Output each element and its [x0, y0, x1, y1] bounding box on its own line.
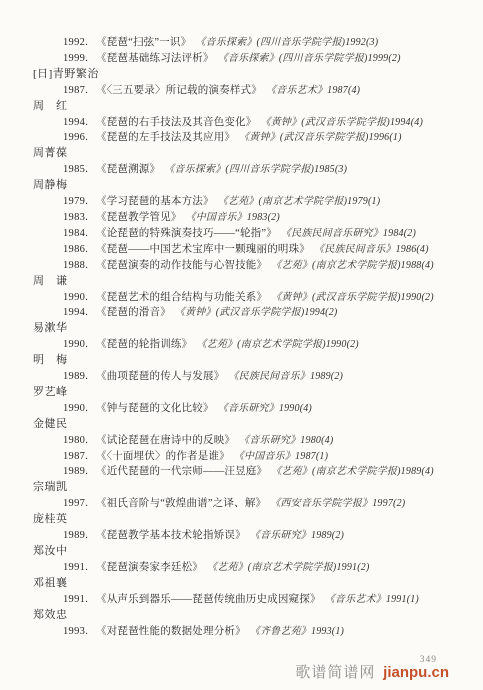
entry-source: 《黄钟》(武汉音乐学院学报)1994(2)	[180, 307, 338, 318]
bibliography-entry: 1990.《钟与琵琶的文化比较》《音乐研究》1990(4)	[0, 401, 483, 417]
entry-source: 《音乐研究》1980(4)	[244, 435, 333, 446]
entry-source: 《音乐探索》(四川音乐学院学报)1992(3)	[200, 37, 378, 48]
bibliography-entry: 1980.《试论琵琶在唐诗中的反映》《音乐研究》1980(4)	[0, 433, 483, 449]
entry-title: 《琵琶教学基本技术轮指矫误》	[96, 530, 246, 541]
author-heading: 郑效忠	[33, 608, 483, 624]
entry-title: 《琵琶基础练习法评析》	[96, 53, 214, 64]
entry-title: 《琵琶的右手技法及其音色变化》	[96, 117, 257, 128]
bibliography-entry: 1990.《琵琶艺术的组合结构与功能关系》《黄钟》(武汉音乐学院学报)1990(…	[0, 290, 483, 306]
entry-title: 《〈十面埋伏〉的作者是谁》	[96, 451, 230, 462]
entry-year: 1989.	[63, 528, 96, 544]
bibliography-entry: 1997.《祖氏音阶与“敦煌曲谱”之译、解》《西安音乐学院学报》1997(2)	[0, 496, 483, 512]
entry-source: 《民族民间音乐研究》1984(2)	[286, 228, 416, 239]
entry-source: 《音乐探索》(四川音乐学院学报)1985(3)	[169, 164, 347, 175]
entry-title: 《祖氏音阶与“敦煌曲谱”之译、解》	[96, 498, 266, 509]
author-heading: 周 红	[33, 99, 483, 115]
entry-title: 《琵琶的滑音》	[96, 307, 171, 318]
bibliography-entry: 1989.《近代琵琶的一代宗师——汪昱庭》《艺苑》(南京艺术学院学报)1989(…	[0, 464, 483, 480]
entry-source: 《黄钟》(武汉音乐学院学报)1990(2)	[276, 292, 434, 303]
bibliography-entry: 1989.《琵琶教学基本技术轮指矫误》《音乐研究》1989(2)	[0, 528, 483, 544]
entry-source: 《音乐研究》1990(4)	[223, 403, 312, 414]
entry-year: 1994.	[63, 115, 96, 131]
bibliography-entry: 1986.《琵琶——中国艺术宝库中一颗瑰丽的明珠》《民族民间音乐》1986(4)	[0, 242, 483, 258]
entry-source: 《艺苑》(南京艺术学院学报)1990(2)	[201, 339, 359, 350]
author-heading: 邓祖襄	[33, 576, 483, 592]
entry-title: 《曲项琵琶的传人与发展》	[96, 371, 224, 382]
bibliography-entry: 1991.《从声乐到器乐——琵琶传统曲历史成因窥探》《音乐艺术》1991(1)	[0, 592, 483, 608]
watermark-site-name: 歌谱简谱网	[295, 664, 375, 681]
entry-year: 1993.	[63, 624, 96, 640]
entry-source: 《黄钟》(武汉音乐学院学报)1996(1)	[244, 132, 402, 143]
entry-title: 《琵琶溯源》	[96, 164, 160, 175]
entry-year: 1989.	[63, 464, 96, 480]
bibliography-entry: 1999.《琵琶基础练习法评析》《音乐探索》(四川音乐学院学报)1999(2)	[0, 51, 483, 67]
bibliography-entry: 1984.《论琵琶的特殊演奏技巧——“轮指”》《民族民间音乐研究》1984(2)	[0, 226, 483, 242]
entry-year: 1991.	[63, 560, 96, 576]
entry-year: 1999.	[63, 51, 96, 67]
entry-title: 《琵琶演奏的动作技能与心智技能》	[96, 260, 267, 271]
entry-year: 1986.	[63, 242, 96, 258]
entry-source: 《中国音乐》1983(2)	[191, 212, 280, 223]
entry-title: 《试论琵琶在唐诗中的反映》	[96, 435, 235, 446]
author-heading: 金健民	[33, 417, 483, 433]
entry-year: 1994.	[63, 305, 96, 321]
entry-year: 1992.	[63, 35, 96, 51]
author-heading: 周 谦	[33, 274, 483, 290]
author-heading: 明 梅	[33, 353, 483, 369]
entry-title: 《近代琵琶的一代宗师——汪昱庭》	[96, 466, 267, 477]
entry-title: 《钟与琵琶的文化比较》	[96, 403, 214, 414]
entry-year: 1996.	[63, 130, 96, 146]
entry-year: 1991.	[63, 592, 96, 608]
entry-year: 1997.	[63, 496, 96, 512]
watermark: 歌谱简谱网 jianpu.cn	[295, 661, 449, 682]
entry-source: 《民族民间音乐》1989(2)	[233, 371, 343, 382]
bibliography-entry: 1983.《琵琶教学管见》《中国音乐》1983(2)	[0, 210, 483, 226]
entry-title: 《琵琶教学管见》	[96, 212, 182, 223]
entry-title: 《〈三五要录〉所记载的演奏样式》	[96, 85, 262, 96]
entry-title: 《琵琶的轮指训练》	[96, 339, 192, 350]
entry-year: 1990.	[63, 290, 96, 306]
bibliography-entry: 1992.《琵琶“扫弦”一识》《音乐探索》(四川音乐学院学报)1992(3)	[0, 35, 483, 51]
author-heading: 周菁葆	[33, 146, 483, 162]
bibliography-entry: 1994.《琵琶的右手技法及其音色变化》《黄钟》(武汉音乐学院学报)1994(4…	[0, 115, 483, 131]
entry-title: 《从声乐到器乐——琵琶传统曲历史成因窥探》	[96, 594, 321, 605]
entry-year: 1990.	[63, 401, 96, 417]
bibliography-entry: 1993.《对琵琶性能的数据处理分析》《齐鲁艺苑》1993(1)	[0, 624, 483, 640]
entry-year: 1984.	[63, 226, 96, 242]
entry-source: 《艺苑》(南京艺术学院学报)1991(2)	[212, 562, 370, 573]
author-heading: 庞桂英	[33, 512, 483, 528]
entry-year: 1983.	[63, 210, 96, 226]
entry-source: 《艺苑》(南京艺术学院学报)1988(4)	[276, 260, 434, 271]
bibliography-entry: 1987.《〈三五要录〉所记载的演奏样式》《音乐艺术》1987(4)	[0, 83, 483, 99]
entry-title: 《琵琶演奏家李廷松》	[96, 562, 203, 573]
entry-year: 1990.	[63, 337, 96, 353]
entry-year: 1979.	[63, 194, 96, 210]
bibliography-entry: 1989.《曲项琵琶的传人与发展》《民族民间音乐》1989(2)	[0, 369, 483, 385]
entry-source: 《黄钟》(武汉音乐学院学报)1994(4)	[266, 117, 424, 128]
entry-year: 1989.	[63, 369, 96, 385]
entry-source: 《中国音乐》1987(1)	[239, 451, 328, 462]
author-heading: 易漱华	[33, 321, 483, 337]
bibliography-entry: 1979.《学习琵琶的基本方法》《艺苑》(南京艺术学院学报)1979(1)	[0, 194, 483, 210]
entry-title: 《对琵琶性能的数据处理分析》	[96, 626, 246, 637]
entry-title: 《琵琶的左手技法及其应用》	[96, 132, 235, 143]
entry-title: 《琵琶“扫弦”一识》	[96, 37, 191, 48]
author-heading: [日]青野繁治	[33, 67, 483, 83]
entry-source: 《音乐研究》1989(2)	[255, 530, 344, 541]
entry-year: 1980.	[63, 433, 96, 449]
entry-year: 1988.	[63, 258, 96, 274]
entry-year: 1987.	[63, 449, 96, 465]
entry-year: 1985.	[63, 162, 96, 178]
bibliography-entry: 1987.《〈十面埋伏〉的作者是谁》《中国音乐》1987(1)	[0, 449, 483, 465]
bibliography-entry: 1994.《琵琶的滑音》《黄钟》(武汉音乐学院学报)1994(2)	[0, 305, 483, 321]
entry-source: 《齐鲁艺苑》1993(1)	[255, 626, 344, 637]
bibliography: 1992.《琵琶“扫弦”一识》《音乐探索》(四川音乐学院学报)1992(3)19…	[0, 35, 483, 639]
entry-title: 《琵琶——中国艺术宝库中一颗瑰丽的明珠》	[96, 244, 310, 255]
entry-title: 《学习琵琶的基本方法》	[96, 196, 214, 207]
entry-title: 《论琵琶的特殊演奏技巧——“轮指”》	[96, 228, 277, 239]
bibliography-entry: 1996.《琵琶的左手技法及其应用》《黄钟》(武汉音乐学院学报)1996(1)	[0, 130, 483, 146]
entry-source: 《艺苑》(南京艺术学院学报)1989(4)	[276, 466, 434, 477]
author-heading: 周静梅	[33, 178, 483, 194]
entry-source: 《西安音乐学院学报》1997(2)	[275, 498, 405, 509]
entry-source: 《音乐探索》(四川音乐学院学报)1999(2)	[223, 53, 401, 64]
author-heading: 罗艺峰	[33, 385, 483, 401]
entry-title: 《琵琶艺术的组合结构与功能关系》	[96, 292, 267, 303]
scanned-book-page: 1992.《琵琶“扫弦”一识》《音乐探索》(四川音乐学院学报)1992(3)19…	[0, 0, 483, 690]
bibliography-entry: 1991.《琵琶演奏家李廷松》《艺苑》(南京艺术学院学报)1991(2)	[0, 560, 483, 576]
author-heading: 郑汝中	[33, 544, 483, 560]
entry-source: 《民族民间音乐》1986(4)	[319, 244, 429, 255]
entry-source: 《音乐艺术》1987(4)	[271, 85, 360, 96]
entry-source: 《音乐艺术》1991(1)	[330, 594, 419, 605]
watermark-site-url: jianpu.cn	[383, 664, 449, 681]
entry-year: 1987.	[63, 83, 96, 99]
bibliography-entry: 1988.《琵琶演奏的动作技能与心智技能》《艺苑》(南京艺术学院学报)1988(…	[0, 258, 483, 274]
bibliography-entry: 1985.《琵琶溯源》《音乐探索》(四川音乐学院学报)1985(3)	[0, 162, 483, 178]
bibliography-entry: 1990.《琵琶的轮指训练》《艺苑》(南京艺术学院学报)1990(2)	[0, 337, 483, 353]
author-heading: 宗瑞凯	[33, 480, 483, 496]
entry-source: 《艺苑》(南京艺术学院学报)1979(1)	[223, 196, 381, 207]
